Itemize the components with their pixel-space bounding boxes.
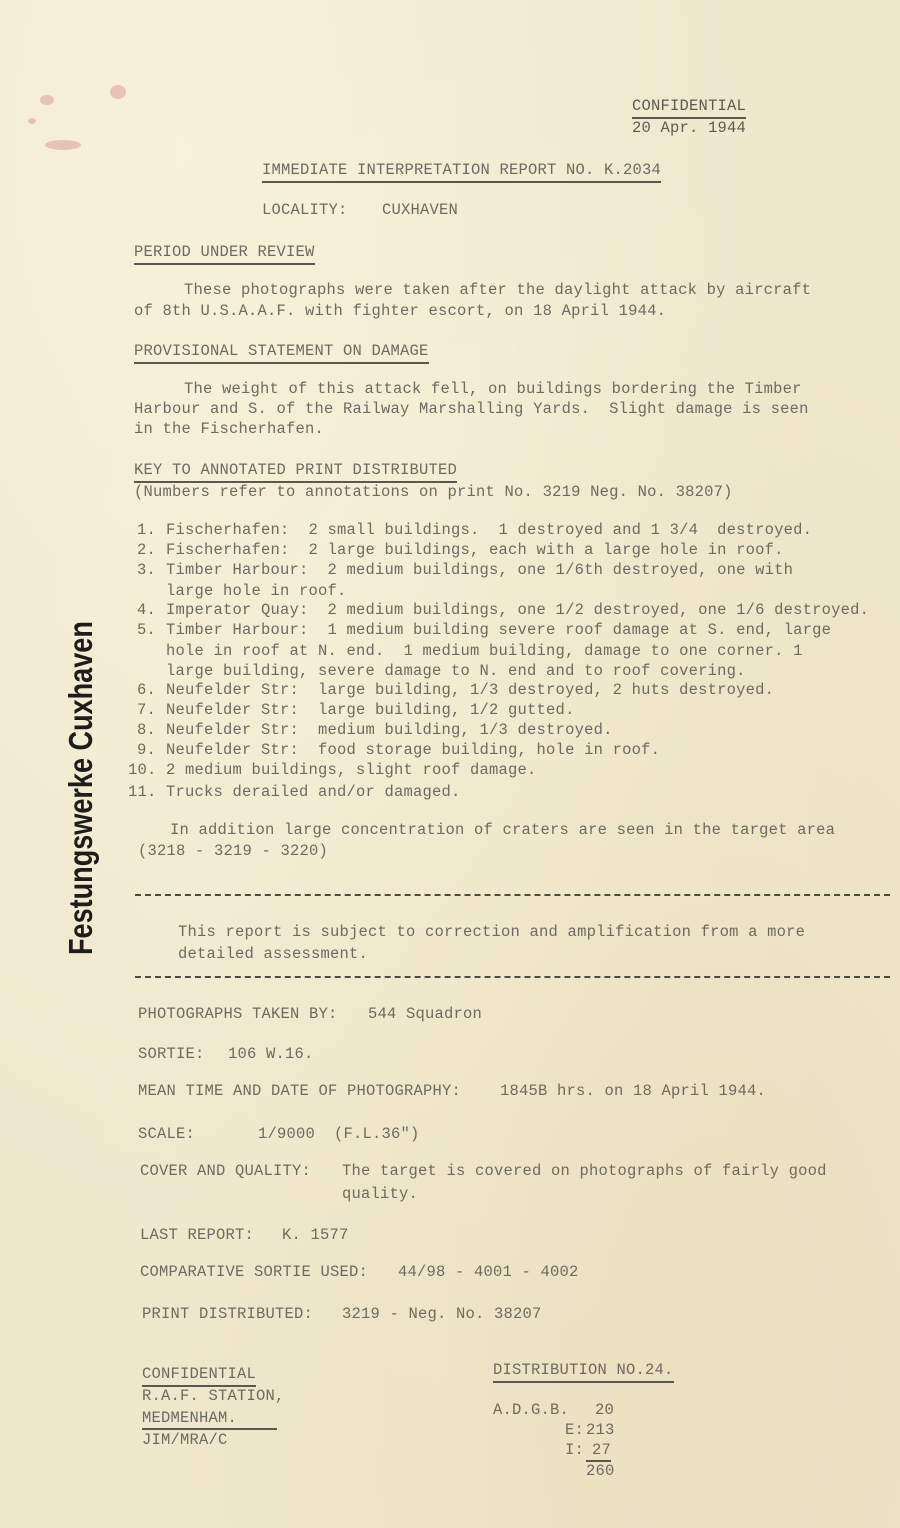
key-item-text: Timber Harbour: 1 medium building severe… bbox=[166, 620, 831, 640]
divider bbox=[135, 976, 890, 978]
sortie-value: 106 W.16. bbox=[228, 1044, 314, 1064]
key-item-number: 7. bbox=[137, 700, 156, 720]
time-value: 1845B hrs. on 18 April 1944. bbox=[500, 1081, 766, 1101]
locality-value: CUXHAVEN bbox=[382, 200, 458, 220]
scale-label: SCALE: bbox=[138, 1124, 195, 1144]
cover-value: quality. bbox=[342, 1184, 418, 1204]
cover-value: The target is covered on photographs of … bbox=[342, 1161, 827, 1181]
side-label: Festungswerke Cuxhaven bbox=[62, 621, 100, 955]
locality-label: LOCALITY: bbox=[262, 200, 348, 220]
last-report-value: K. 1577 bbox=[282, 1225, 349, 1245]
distribution-label: E: bbox=[565, 1420, 584, 1440]
scale-value: 1/9000 (F.L.36") bbox=[258, 1124, 420, 1144]
classification-top: CONFIDENTIAL bbox=[632, 96, 746, 119]
divider bbox=[135, 894, 890, 896]
sortie-label: SORTIE: bbox=[138, 1044, 205, 1064]
addition-text: (3218 - 3219 - 3220) bbox=[138, 841, 328, 861]
damage-text: The weight of this attack fell, on build… bbox=[184, 379, 802, 399]
distribution-label: A.D.G.B. bbox=[493, 1400, 569, 1420]
print-label: PRINT DISTRIBUTED: bbox=[142, 1304, 313, 1324]
key-item-text: hole in roof at N. end. 1 medium buildin… bbox=[166, 641, 803, 661]
key-item-text: Trucks derailed and/or damaged. bbox=[166, 782, 461, 802]
distribution-total: 260 bbox=[586, 1461, 615, 1481]
key-item-text: large hole in roof. bbox=[166, 581, 347, 601]
key-item-text: Neufelder Str: food storage building, ho… bbox=[166, 740, 660, 760]
key-heading: KEY TO ANNOTATED PRINT DISTRIBUTED bbox=[134, 460, 457, 483]
report-title: IMMEDIATE INTERPRETATION REPORT NO. K.20… bbox=[262, 160, 661, 183]
report-date: 20 Apr. 1944 bbox=[632, 118, 746, 138]
damage-text: in the Fischerhafen. bbox=[134, 419, 324, 439]
period-text: of 8th U.S.A.A.F. with fighter escort, o… bbox=[134, 301, 666, 321]
distribution-label: I: bbox=[565, 1440, 584, 1460]
key-item-number: 9. bbox=[137, 740, 156, 760]
distribution-value: 213 bbox=[586, 1420, 615, 1440]
comparative-value: 44/98 - 4001 - 4002 bbox=[398, 1262, 579, 1282]
damage-text: Harbour and S. of the Railway Marshallin… bbox=[134, 399, 809, 419]
key-item-text: Neufelder Str: large building, 1/3 destr… bbox=[166, 680, 774, 700]
key-item-text: Fischerhafen: 2 small buildings. 1 destr… bbox=[166, 520, 812, 540]
key-item-text: 2 medium buildings, slight roof damage. bbox=[166, 760, 537, 780]
key-item-number: 8. bbox=[137, 720, 156, 740]
key-item-number: 2. bbox=[137, 540, 156, 560]
photographs-label: PHOTOGRAPHS TAKEN BY: bbox=[138, 1004, 338, 1024]
last-report-label: LAST REPORT: bbox=[140, 1225, 254, 1245]
key-item-number: 1. bbox=[137, 520, 156, 540]
time-label: MEAN TIME AND DATE OF PHOTOGRAPHY: bbox=[138, 1081, 461, 1101]
footer-station: R.A.F. STATION, bbox=[142, 1386, 285, 1406]
photographs-value: 544 Squadron bbox=[368, 1004, 482, 1024]
distribution-value: 27 bbox=[586, 1440, 611, 1462]
key-item-number: 6. bbox=[137, 680, 156, 700]
addition-text: In addition large concentration of crate… bbox=[170, 820, 835, 840]
key-item-number: 3. bbox=[137, 560, 156, 580]
print-value: 3219 - Neg. No. 38207 bbox=[342, 1304, 542, 1324]
key-item-number: 11. bbox=[128, 782, 157, 802]
period-text: These photographs were taken after the d… bbox=[184, 280, 811, 300]
comparative-label: COMPARATIVE SORTIE USED: bbox=[140, 1262, 368, 1282]
footer-ref: JIM/MRA/C bbox=[142, 1430, 228, 1450]
key-item-number: 4. bbox=[137, 600, 156, 620]
disclaimer-text: detailed assessment. bbox=[178, 944, 368, 964]
cover-label: COVER AND QUALITY: bbox=[140, 1161, 311, 1181]
key-item-text: Neufelder Str: medium building, 1/3 dest… bbox=[166, 720, 613, 740]
period-heading: PERIOD UNDER REVIEW bbox=[134, 242, 315, 265]
key-item-number: 5. bbox=[137, 620, 156, 640]
key-item-text: large building, severe damage to N. end … bbox=[166, 661, 746, 681]
distribution-heading: DISTRIBUTION NO.24. bbox=[493, 1360, 674, 1383]
key-item-text: Fischerhafen: 2 large buildings, each wi… bbox=[166, 540, 784, 560]
key-note: (Numbers refer to annotations on print N… bbox=[134, 482, 733, 502]
disclaimer-text: This report is subject to correction and… bbox=[178, 922, 805, 942]
key-item-number: 10. bbox=[128, 760, 157, 780]
footer-classification: CONFIDENTIAL bbox=[142, 1364, 256, 1387]
distribution-value: 20 bbox=[595, 1400, 614, 1420]
key-item-text: Timber Harbour: 2 medium buildings, one … bbox=[166, 560, 793, 580]
key-item-text: Imperator Quay: 2 medium buildings, one … bbox=[166, 600, 869, 620]
footer-place: MEDMENHAM. bbox=[142, 1408, 277, 1430]
key-item-text: Neufelder Str: large building, 1/2 gutte… bbox=[166, 700, 575, 720]
damage-heading: PROVISIONAL STATEMENT ON DAMAGE bbox=[134, 341, 429, 364]
